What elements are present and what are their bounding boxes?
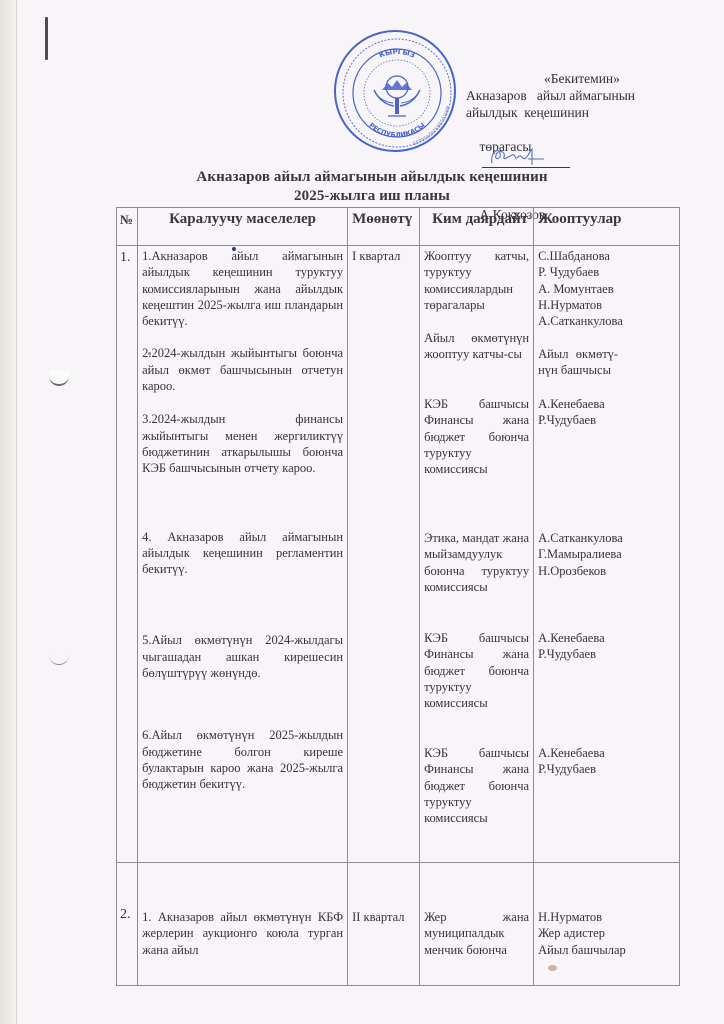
scan-page-edge — [0, 0, 16, 1024]
signature — [482, 155, 570, 168]
who-item: Айыл өкмөтүнүн жооптуу катчы-сы — [424, 330, 529, 396]
issue-item: 3.2024-жылдын финансы жыйынтыгы менен же… — [142, 411, 343, 476]
issue-item: 2.2024-жылдын жыйынтыгы боюнча айыл өкмө… — [142, 345, 343, 394]
table-row: 1. 1.Акназаров айыл аймагынын айылдык ке… — [117, 246, 680, 863]
document-subtitle: 2025-жылга иш планы — [10, 188, 724, 205]
header-period: Мөөнөтү — [348, 208, 420, 246]
responsible-item: С.Шабданова Р. Чудубаев А. Момунтаев Н.Н… — [538, 248, 675, 346]
work-plan-table: № Каралуучу маселелер Мөөнөтү Ким даярда… — [116, 207, 680, 986]
header-num: № — [117, 208, 138, 246]
approval-line: айылдык кеңешинин — [466, 104, 635, 121]
who-item: КЭБ башчысы Финансы жана бюджет боюнча т… — [424, 396, 529, 530]
table-row: 2. 1. Акназаров айыл өкмөтүнүн КБФ жерле… — [117, 863, 680, 986]
who-item: Жер жана муниципалдык менчик боюнча — [424, 909, 529, 958]
who-item: Жооптуу катчы, туруктуу комиссиялардын т… — [424, 248, 529, 330]
document-title: Акназаров айыл аймагынын айылдык кеңешин… — [10, 169, 724, 186]
issue-item: 1.Акназаров айыл аймагынын айылдык кеңеш… — [142, 248, 343, 329]
header-issues: Каралуучу маселелер — [138, 208, 348, 246]
period-cell: II квартал — [348, 863, 420, 986]
who-item: Этика, мандат жана мыйзамдуулук боюнча т… — [424, 530, 529, 630]
header-responsible: Жооптуулар — [534, 208, 680, 246]
punch-hole — [49, 650, 69, 665]
issue-item: 4. Акназаров айыл аймагынын айылдык кеңе… — [142, 529, 343, 578]
header-who-prepares: Ким даярдайт — [420, 208, 534, 246]
paper-stain — [548, 965, 557, 971]
table-header-row: № Каралуучу маселелер Мөөнөтү Ким даярда… — [117, 208, 680, 246]
approval-line: Акназаров айыл аймагынын — [466, 87, 635, 104]
issues-cell: 1. Акназаров айыл өкмөтүнүн КБФ жерлерин… — [138, 863, 348, 986]
who-item: КЭБ башчысы Финансы жана бюджет боюнча т… — [424, 630, 529, 745]
staple-mark — [45, 17, 48, 60]
issues-cell: 1.Акназаров айыл аймагынын айылдык кеңеш… — [138, 246, 348, 863]
svg-text:РЕСПУБЛИКАСЫ: РЕСПУБЛИКАСЫ — [367, 121, 426, 139]
period-cell: I квартал — [348, 246, 420, 863]
issue-item: 5.Айыл өкмөтүнүн 2024-жылдагы чыгашадан … — [142, 632, 343, 681]
scan-page-edge-line — [16, 0, 17, 1024]
row-num: 2. — [117, 863, 138, 986]
responsible-item: А.Кенебаева Р.Чудубаев — [538, 745, 675, 778]
ink-dot — [148, 352, 151, 355]
responsible-item: А.Сатканкулова Г.Мамыралиева Н.Орозбеков — [538, 530, 675, 630]
who-item: КЭБ башчысы Финансы жана бюджет боюнча т… — [424, 745, 529, 826]
punch-hole — [49, 370, 69, 386]
issue-item: 6.Айыл өкмөтүнүн 2025-жылдын бюджетине б… — [142, 727, 343, 792]
who-prepares-cell: Жооптуу катчы, туруктуу комиссиялардын т… — [420, 246, 534, 863]
responsible-item: А.Кенебаева Р.Чудубаев — [538, 630, 675, 745]
who-prepares-cell: Жер жана муниципалдык менчик боюнча — [420, 863, 534, 986]
responsible-item: А.Кенебаева Р.Чудубаев — [538, 396, 675, 530]
signature-icon — [488, 145, 548, 169]
svg-text:КЫРГЫЗ: КЫРГЫЗ — [378, 48, 416, 60]
stamp-emblem-icon: КЫРГЫЗ РЕСПУБЛИКАСЫ ИНН 01803202410035 — [336, 32, 458, 154]
approval-title: «Бекитемин» — [544, 70, 635, 87]
responsible-cell: С.Шабданова Р. Чудубаев А. Момунтаев Н.Н… — [534, 246, 680, 863]
responsible-item: Айыл өкмөтү-нүн башчысы — [538, 346, 618, 396]
row-num: 1. — [117, 246, 138, 863]
issue-item: 1. Акназаров айыл өкмөтүнүн КБФ жерлерин… — [142, 909, 343, 958]
ink-dot — [232, 247, 236, 251]
official-stamp: КЫРГЫЗ РЕСПУБЛИКАСЫ ИНН 01803202410035 — [334, 30, 456, 152]
